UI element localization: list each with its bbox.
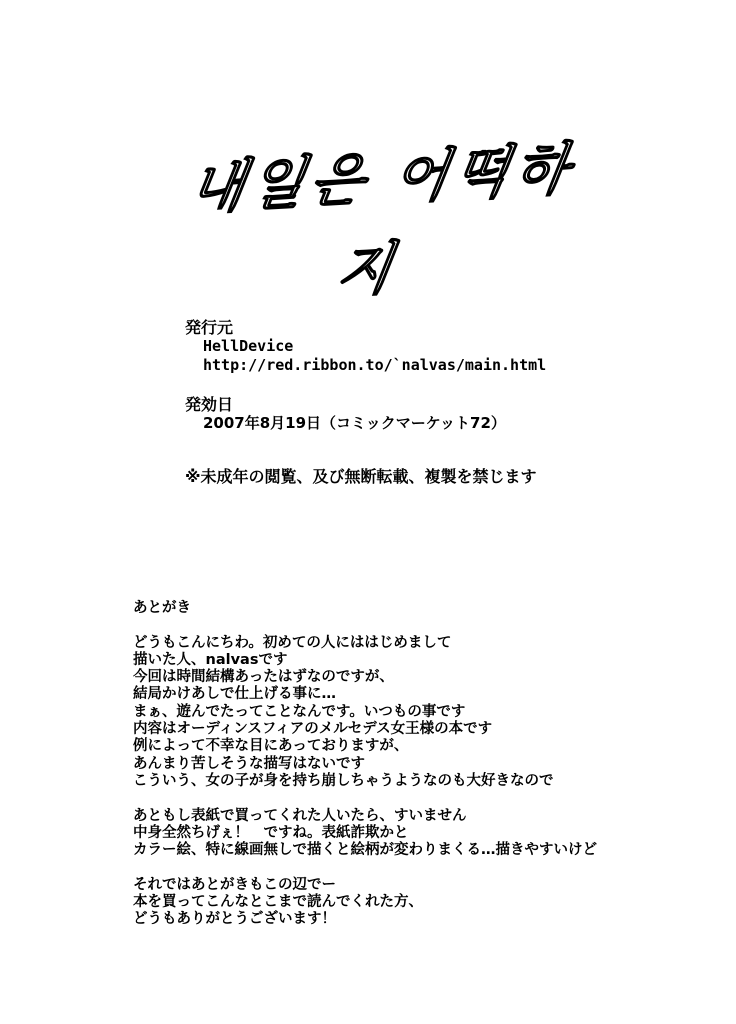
afterword-heading: あとがき	[133, 600, 597, 617]
afterword-line: どうもありがとうございます！	[133, 911, 597, 928]
afterword: あとがき どうもこんにちわ。初めての人にははじめまして 描いた人、nalvasで…	[133, 600, 597, 929]
publisher-name: HellDevice	[185, 337, 546, 356]
afterword-line: 今回は時間結構あったはずなのですが、	[133, 669, 597, 686]
afterword-line: あんまり苦しそうな描写はないです	[133, 756, 597, 773]
afterword-line: 描いた人、nalvasです	[133, 652, 597, 669]
afterword-line: まぁ、遊んでたってことなんです。いつもの事です	[133, 704, 597, 721]
afterword-line: どうもこんにちわ。初めての人にははじめまして	[133, 635, 597, 652]
publisher-heading: 発行元	[185, 318, 546, 337]
issue-date-value: 2007年8月19日（コミックマーケット72）	[185, 414, 546, 433]
page-title: 내일은 어떡하지	[165, 135, 585, 225]
publisher-url: http://red.ribbon.to/`nalvas/main.html	[185, 356, 546, 375]
afterword-line: それではあとがきもこの辺でー	[133, 877, 597, 894]
afterword-line: 中身全然ちげぇ！ ですね。表紙詐欺かと	[133, 825, 597, 842]
afterword-line: 結局かけあしで仕上げる事に…	[133, 686, 597, 703]
afterword-line: こういう、女の子が身を持ち崩しちゃうようなのも大好きなので	[133, 773, 597, 790]
afterword-line: 本を買ってこんなとこまで読んでくれた方、	[133, 894, 597, 911]
title-text: 내일은 어떡하지	[151, 123, 599, 327]
afterword-line: 内容はオーディンスフィアのメルセデス女王様の本です	[133, 721, 597, 738]
copyright-notice: ※未成年の閲覧、及び無断転載、複製を禁じます	[185, 464, 537, 487]
afterword-line: カラー絵、特に線画無しで描くと絵柄が変わりまくる…描きやすいけど	[133, 842, 597, 859]
afterword-line: 例によって不幸な目にあっておりますが、	[133, 738, 597, 755]
colophon: 発行元 HellDevice http://red.ribbon.to/`nal…	[185, 318, 546, 433]
afterword-line: あともし表紙で買ってくれた人いたら、すいません	[133, 808, 597, 825]
issue-date-heading: 発効日	[185, 395, 546, 414]
